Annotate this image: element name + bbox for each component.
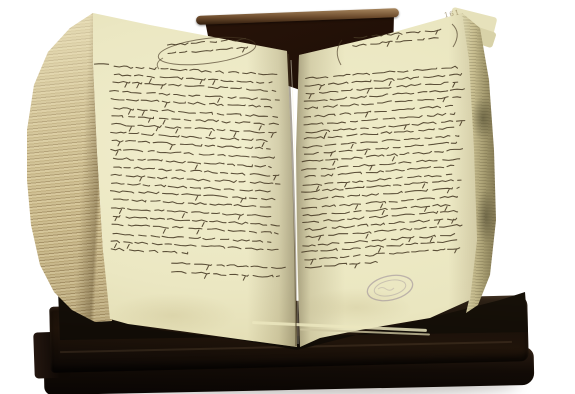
handwritten-script-layer (94, 29, 464, 280)
script-line (303, 234, 455, 247)
right-body-script (302, 66, 465, 268)
right-heading-bracket-right (452, 24, 457, 47)
left-heading-cartouche-tail (157, 58, 163, 69)
script-line (172, 263, 286, 270)
script-line (305, 142, 457, 156)
script-line (111, 149, 275, 158)
script-line (111, 248, 188, 254)
script-line (113, 233, 271, 242)
script-line (303, 136, 459, 149)
script-line (113, 82, 276, 92)
script-line (353, 38, 438, 47)
script-line (305, 165, 454, 177)
script-line (168, 38, 246, 45)
script-line (111, 99, 272, 108)
script-line (305, 97, 461, 109)
script-line (114, 167, 279, 180)
left-heading-script (168, 38, 248, 53)
script-line (94, 64, 108, 65)
script-line (302, 159, 460, 171)
script-line (304, 113, 455, 125)
gutter-crease (288, 54, 296, 346)
script-line (114, 66, 277, 75)
script-line (112, 123, 277, 137)
script-line (112, 224, 278, 234)
script-line (302, 149, 462, 165)
script-line (112, 116, 279, 130)
script-line (354, 29, 441, 39)
script-line (112, 140, 270, 149)
script-line (172, 272, 280, 281)
script-line (304, 105, 453, 117)
script-line (305, 261, 377, 268)
script-line (114, 199, 271, 207)
left-margin-note-script (94, 64, 108, 65)
script-line (114, 108, 278, 118)
script-line (306, 225, 462, 241)
right-heading-bracket-left (337, 40, 342, 65)
left-closing-script (172, 263, 286, 281)
ink-overlay (0, 0, 575, 394)
script-line (113, 216, 279, 227)
library-stamp (365, 271, 415, 304)
left-body-script (110, 66, 280, 254)
script-line (111, 241, 278, 250)
manuscript-photo: 161 (0, 0, 575, 394)
script-line (111, 174, 280, 184)
script-line (168, 47, 248, 54)
script-line (303, 174, 452, 190)
script-line (305, 74, 462, 90)
script-line (112, 183, 271, 192)
script-line (304, 89, 464, 101)
right-heading-script (353, 29, 441, 46)
script-line (302, 180, 462, 192)
